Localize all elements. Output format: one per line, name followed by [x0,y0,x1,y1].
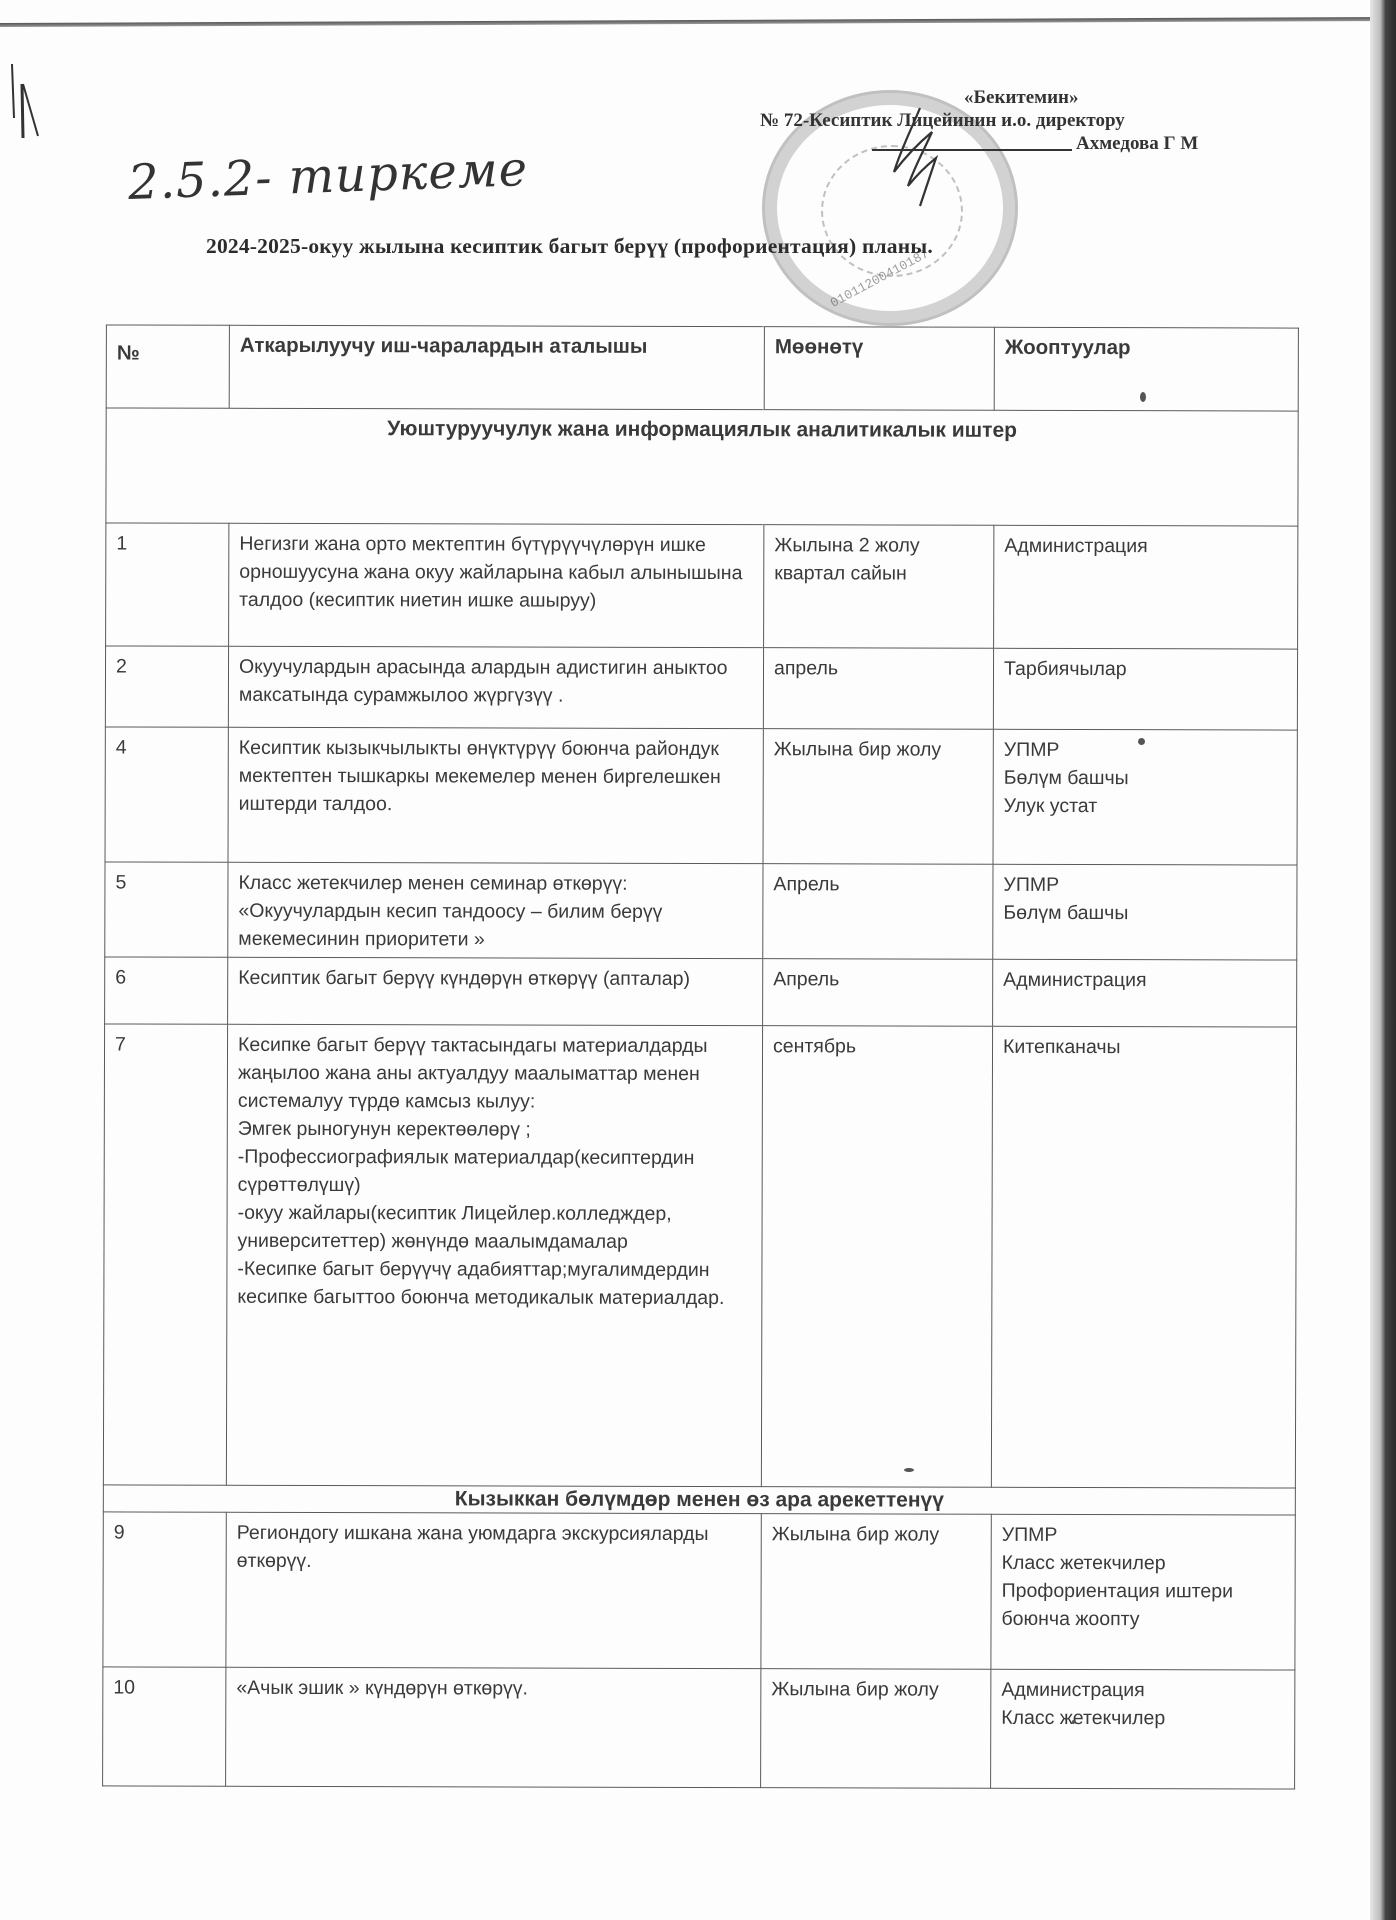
table-row: 9Региондогу ишкана жана уюмдарга экскурс… [103,1512,1295,1670]
table-row: 2Окуучулардын арасында алардын адистигин… [105,646,1297,730]
row-responsible: УПМРБөлүм башчыУлук устат [993,729,1297,865]
responsible-party: Улук устат [1004,792,1287,821]
row-responsible: Тарбиячылар [993,648,1297,730]
handwritten-annex-note: 2.5.2- тиркеме [127,141,529,211]
section-header-row: Кызыккан бөлүмдөр менен өз ара арекеттен… [103,1485,1295,1515]
responsible-party: УПМР [1003,871,1286,900]
header-number: № [106,325,229,408]
row-responsible: АдминистрацияКласс жетекчилер [991,1669,1295,1789]
row-deadline: Апрель [763,959,993,1027]
scan-speck [1140,392,1146,402]
approval-position: № 72-Кесиптик Лицейинин и.о. директору [760,109,1240,132]
row-activity: Негизги жана орто мектептин бүтүрүүчүлөр… [229,523,764,647]
activity-line: -Кесипке багыт берүүчү адабияттар;мугали… [237,1255,751,1312]
approval-name: Ахмедова Г М [1076,133,1198,154]
scan-speck [1138,738,1145,745]
row-number: 5 [105,862,228,957]
row-deadline: сентябрь [761,1026,992,1488]
career-guidance-plan-table: № Аткарылуучу иш-чаралардын аталышы Мөөн… [102,324,1299,1789]
section-header-row: Уюштуруучулук жана информациялык аналити… [106,408,1298,526]
table-row: 1Негизги жана орто мектептин бүтүрүүчүлө… [106,523,1298,649]
header-deadline: Мөөнөтү [764,327,994,411]
responsible-party: Администрация [1004,532,1287,561]
row-number: 9 [103,1512,226,1667]
row-responsible: Администрация [993,959,1297,1027]
activity-line: Кесипке багыт берүү тактасындагы материа… [238,1031,752,1116]
approval-signatory: Ахмедова Г М [760,132,1240,155]
corner-pen-mark-icon [8,60,48,140]
row-number: 2 [105,646,228,727]
row-number: 7 [103,1024,227,1485]
row-deadline: Апрель [763,864,993,960]
row-responsible: УПМРБөлүм башчы [993,864,1297,960]
header-activity: Аткарылуучу иш-чаралардын аталышы [229,325,764,409]
responsible-party: УПМР [1004,736,1287,765]
row-activity: Окуучулардын арасында алардын адистигин … [228,646,763,728]
table-row: 10«Ачык эшик » күндөрүн өткөрүү.Жылына б… [103,1667,1295,1789]
scan-speck [904,1468,914,1472]
responsible-party: Китепканачы [1003,1033,1286,1062]
signature-icon [880,102,950,212]
row-responsible: Администрация [994,525,1298,649]
table-row: 7Кесипке багыт берүү тактасындагы матери… [103,1024,1296,1488]
row-activity: Кесипке багыт берүү тактасындагы материа… [226,1024,762,1486]
scan-edge-right [1370,0,1396,1920]
row-activity: «Ачык эшик » күндөрүн өткөрүү. [226,1667,761,1787]
table-row: 4Кесиптик кызыкчылыкты өнүктүрүү боюнча … [105,727,1297,865]
activity-line: -Профессиографиялык материалдар(кесиптер… [238,1143,752,1200]
responsible-party: Класс жетекчилер [1002,1549,1285,1578]
approval-block: «Бекитемин» № 72-Кесиптик Лицейинин и.о.… [760,86,1240,155]
approval-heading: «Бекитемин» [760,86,1240,109]
responsible-party: Профориентация иштери боюнча жоопту [1001,1577,1284,1634]
activity-line: -окуу жайлары(кесиптик Лицейлер.колледжд… [237,1199,751,1256]
scan-speck [1072,1720,1075,1724]
responsible-party: Администрация [1003,966,1286,995]
table-row: 6Кесиптик багыт берүү күндөрүн өткөрүү (… [105,957,1297,1027]
responsible-party: Бөлүм башчы [1003,899,1286,928]
row-responsible: Китепканачы [991,1026,1296,1488]
row-activity: Кесиптик багыт берүү күндөрүн өткөрүү (а… [228,957,763,1025]
activity-line: Эмгек рыногунун керектөөлөрү ; [238,1115,752,1144]
responsible-party: Класс жетекчилер [1001,1704,1284,1733]
row-number: 4 [105,727,228,862]
row-activity: Класс жетекчилер менен семинар өткөрүү: … [228,862,763,958]
row-deadline: Жылына 2 жолу квартал сайын [764,525,994,649]
row-responsible: УПМРКласс жетекчилерПрофориентация иштер… [991,1514,1295,1670]
document-title: 2024-2025-окуу жылына кесиптик багыт бер… [206,234,1206,259]
responsible-party: Тарбиячылар [1004,655,1287,684]
section-title: Кызыккан бөлүмдөр менен өз ара арекеттен… [103,1485,1295,1515]
table-row: 5Класс жетекчилер менен семинар өткөрүү:… [105,862,1297,960]
responsible-party: УПМР [1002,1521,1285,1550]
row-number: 10 [103,1667,226,1786]
row-activity: Кесиптик кызыкчылыкты өнүктүрүү боюнча р… [228,727,763,863]
header-responsible: Жооптуулар [994,327,1298,411]
row-number: 6 [105,957,228,1024]
row-deadline: Жылына бир жолу [761,1514,991,1670]
row-deadline: Жылына бир жолу [761,1669,991,1789]
table-header-row: № Аткарылуучу иш-чаралардын аталышы Мөөн… [106,325,1298,411]
responsible-party: Бөлүм башчы [1004,764,1287,793]
row-number: 1 [106,523,229,646]
scan-edge-top [0,17,1396,27]
row-deadline: Жылына бир жолу [763,729,993,865]
row-deadline: апрель [763,648,993,730]
row-activity: Региондогу ишкана жана уюмдарга экскурси… [226,1512,761,1668]
section-title: Уюштуруучулук жана информациялык аналити… [106,408,1298,526]
responsible-party: Администрация [1001,1676,1284,1705]
